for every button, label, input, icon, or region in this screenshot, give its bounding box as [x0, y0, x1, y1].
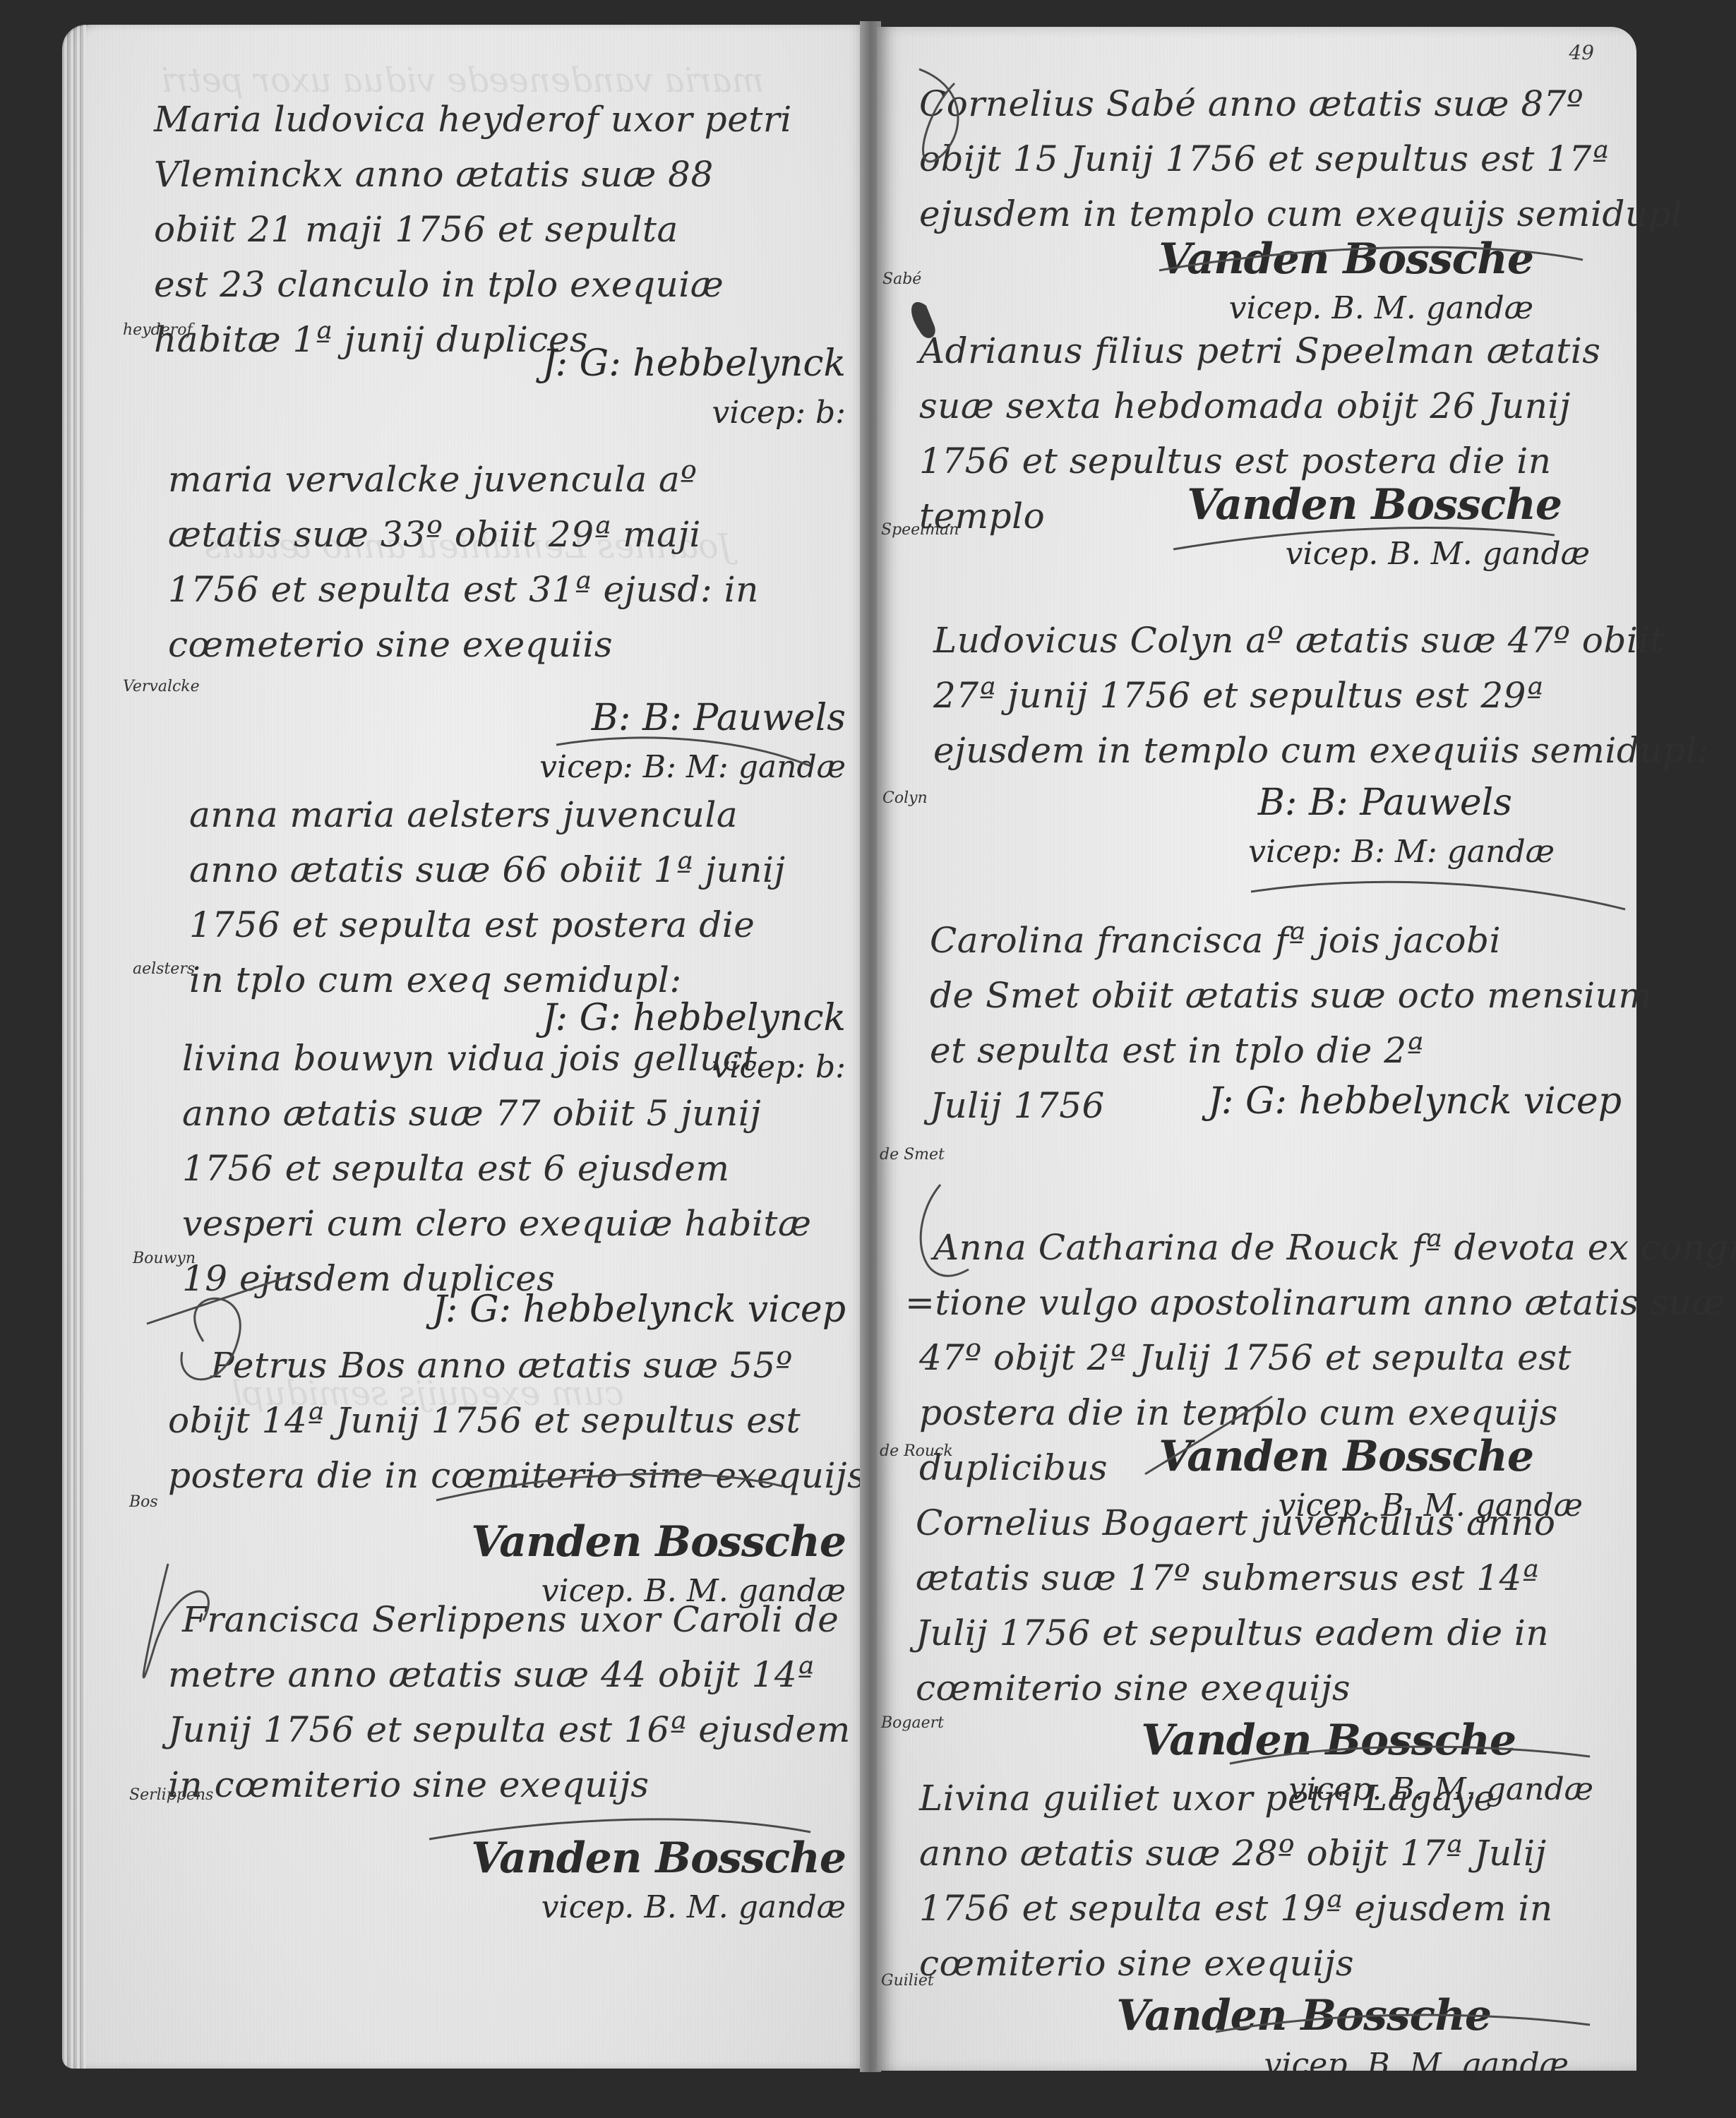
signature: B: B: Pauwels	[168, 693, 846, 743]
signature-title: vicep. B. M. gandæ	[168, 1883, 846, 1932]
right-page: 49 Cornelius Sabé anno ætatis suæ 87º ob…	[877, 27, 1636, 2071]
burial-entry: Francisca Serlippens uxor Caroli de metr…	[168, 1592, 846, 1932]
entry-line: in cœmiterio sine exequijs	[168, 1757, 846, 1812]
margin-name: heyderof	[123, 321, 193, 339]
entry-line: Julij 1756 et sepultus eadem die in	[916, 1605, 1622, 1661]
entry-line: 47º obijt 2ª Julij 1756 et sepulta est	[905, 1330, 1625, 1385]
entry-line: Petrus Bos anno ætatis suæ 55º	[168, 1338, 846, 1393]
signature: Vanden Bossche	[919, 234, 1618, 284]
entry-line: livina bouwyn vidua jois gelluct	[182, 1031, 846, 1086]
entry-line: anna maria aelsters juvencula	[189, 787, 846, 842]
margin-name: Sabé	[882, 270, 921, 288]
left-page: maria vandeneede vidua uxor petri Joanne…	[62, 25, 874, 2069]
burial-entry: Cornelius Bogaert juvenculus anno ætatis…	[916, 1495, 1622, 1814]
entry-line: 1756 et sepulta est 31ª ejusd: in	[168, 562, 846, 617]
margin-name: de Smet	[880, 1146, 945, 1163]
margin-name: Bos	[129, 1493, 158, 1511]
burial-entry: Adrianus filius petri Speelman ætatis su…	[919, 323, 1618, 579]
signature-title: vicep: B: M: gandæ	[933, 827, 1618, 877]
signature: Vanden Bossche	[916, 1716, 1622, 1765]
entry-line: 1756 et sepulta est postera die	[189, 897, 846, 952]
entry-line: postera die in cœmiterio sine exequijs	[168, 1448, 846, 1503]
signature: Vanden Bossche	[919, 1991, 1625, 2040]
entry-line: anno ætatis suæ 66 obiit 1ª junij	[189, 842, 846, 897]
entry-line: Ludovicus Colyn aº ætatis suæ 47º obiit	[933, 613, 1618, 668]
entry-line: et sepulta est in tplo die 2ª	[930, 1023, 1636, 1078]
entry-line: ejusdem in templo cum exequiis semidupl:	[933, 723, 1618, 778]
burial-entry: Livina guiliet uxor petri Lagaye anno æt…	[919, 1771, 1625, 2090]
entry-line: metre anno ætatis suæ 44 obijt 14ª	[168, 1647, 846, 1702]
entry-line: Vleminckx anno ætatis suæ 88	[154, 147, 846, 202]
entry-line: anno ætatis suæ 77 obiit 5 junij	[182, 1086, 846, 1141]
margin-name: Colyn	[882, 789, 928, 807]
page-edges	[62, 25, 86, 2069]
entry-line: Francisca Serlippens uxor Caroli de	[168, 1592, 846, 1647]
entry-line: de Smet obiit ætatis suæ octo mensium	[930, 968, 1636, 1023]
margin-name: Vervalcke	[123, 678, 200, 695]
entry-line: Maria ludovica heyderof uxor petri	[154, 92, 846, 147]
entry-line: 1756 et sepulta est 6 ejusdem	[182, 1141, 846, 1196]
burial-entry: Carolina francisca fª jois jacobi de Sme…	[930, 913, 1636, 1126]
margin-name: Speelman	[881, 521, 959, 539]
entry-line: maria vervalcke juvencula aº	[168, 452, 846, 507]
burial-entry: Cornelius Sabé anno ætatis suæ 87º obijt…	[919, 76, 1618, 333]
signature-title: vicep. B. M. gandæ	[919, 2040, 1625, 2090]
entry-line: ætatis suæ 17º submersus est 14ª	[916, 1550, 1622, 1605]
entry-line: 27ª junij 1756 et sepultus est 29ª	[933, 668, 1618, 723]
entry-line: obijt 15 Junij 1756 et sepultus est 17ª	[919, 131, 1618, 186]
entry-line: cœmiterio sine exequijs	[919, 1936, 1625, 1991]
entry-line: vesperi cum clero exequiæ habitæ	[182, 1196, 846, 1251]
entry-line: anno ætatis suæ 28º obijt 17ª Julij	[919, 1826, 1625, 1881]
margin-name: Bouwyn	[133, 1250, 196, 1267]
signature-title: vicep: B: M: gandæ	[168, 743, 846, 792]
entry-line: est 23 clanculo in tplo exequiæ	[154, 257, 846, 312]
signature-title: vicep: b:	[154, 388, 846, 438]
burial-entry: Maria ludovica heyderof uxor petri Vlemi…	[154, 92, 846, 438]
entry-line: ejusdem in templo cum exequijs semidupl	[919, 186, 1618, 241]
entry-line: cœmiterio sine exequijs	[916, 1661, 1622, 1716]
signature: Vanden Bossche	[168, 1517, 846, 1567]
burial-entry: livina bouwyn vidua jois gelluct anno æt…	[182, 1031, 846, 1334]
entry-line: 1756 et sepulta est 19ª ejusdem in	[919, 1881, 1625, 1936]
entry-line: obijt 14ª Junij 1756 et sepultus est	[168, 1393, 846, 1448]
entry-line: Cornelius Sabé anno ætatis suæ 87º	[919, 76, 1618, 131]
margin-name: aelsters	[133, 960, 195, 978]
entry-line: Adrianus filius petri Speelman ætatis	[919, 323, 1618, 378]
margin-name: de Rouck	[880, 1442, 953, 1460]
entry-line: Livina guiliet uxor petri Lagaye	[919, 1771, 1625, 1826]
margin-name: Bogaert	[881, 1714, 944, 1732]
burial-entry: Petrus Bos anno ætatis suæ 55º obijt 14ª…	[168, 1338, 846, 1616]
burial-entry: maria vervalcke juvencula aº ætatis suæ …	[168, 452, 846, 792]
entry-line: =tione vulgo apostolinarum anno ætatis s…	[905, 1275, 1625, 1330]
margin-name: Serlippens	[129, 1786, 213, 1804]
page-number: 49	[1569, 41, 1594, 64]
burial-entry: Ludovicus Colyn aº ætatis suæ 47º obiit …	[933, 613, 1618, 877]
entry-line: Anna Catharina de Rouck fª devota ex con…	[905, 1220, 1625, 1275]
margin-name: Guiliet	[881, 1972, 934, 1990]
entry-line: Junij 1756 et sepulta est 16ª ejusdem	[168, 1702, 846, 1757]
signature: Vanden Bossche	[168, 1833, 846, 1883]
entry-line: obiit 21 maji 1756 et sepulta	[154, 202, 846, 257]
entry-line: cœmeterio sine exequiis	[168, 617, 846, 672]
signature: B: B: Pauwels	[933, 778, 1618, 827]
entry-line: Cornelius Bogaert juvenculus anno	[916, 1495, 1622, 1550]
entry-line: Carolina francisca fª jois jacobi	[930, 913, 1636, 968]
entry-line: suæ sexta hebdomada obijt 26 Junij	[919, 378, 1618, 433]
entry-line: ætatis suæ 33º obiit 29ª maji	[168, 507, 846, 562]
burial-entry: Anna Catharina de Rouck fª devota ex con…	[905, 1220, 1625, 1531]
